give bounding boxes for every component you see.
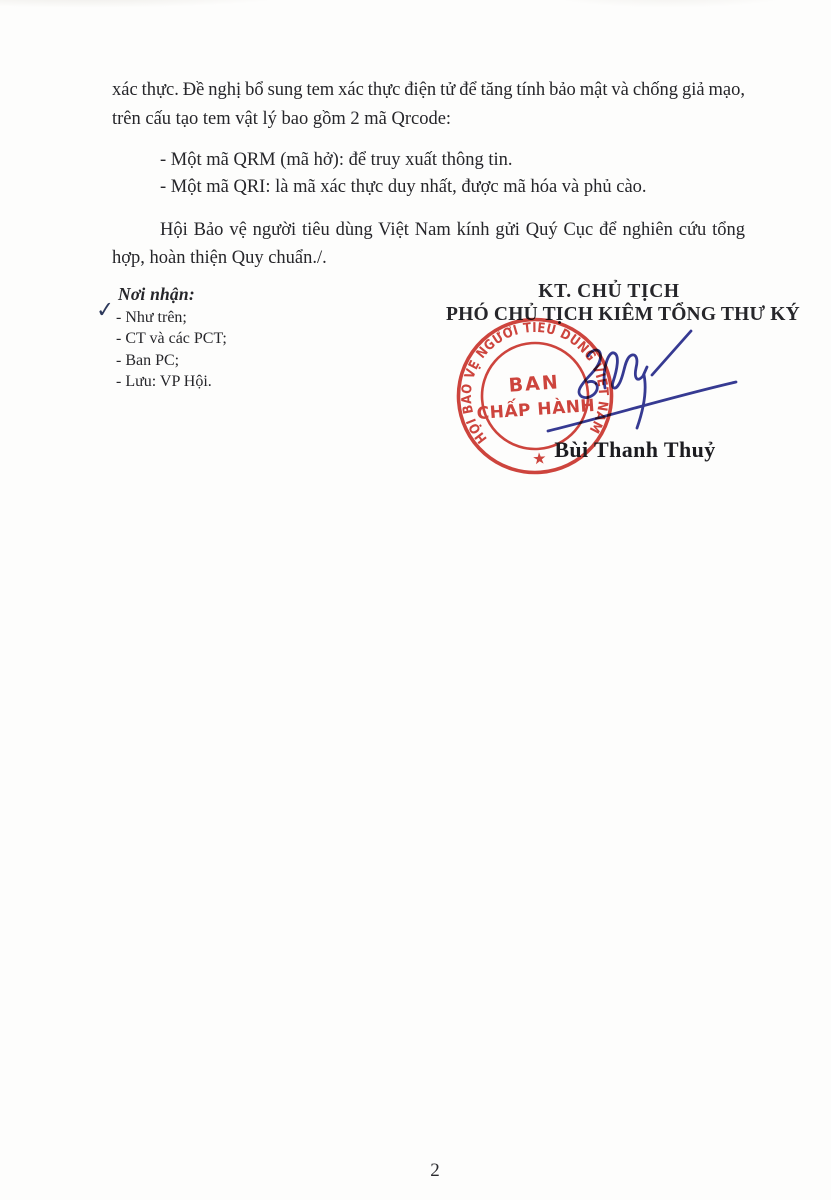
- recipient-item: - CT và các PCT;: [116, 328, 227, 349]
- recipients-heading: Nơi nhận:: [118, 284, 227, 305]
- bullet-qrm: - Một mã QRM (mã hở): để truy xuất thông…: [112, 147, 745, 174]
- recipients-list: - Như trên; - CT và các PCT; - Ban PC; -…: [116, 307, 227, 392]
- paragraph-closing: Hội Bảo vệ người tiêu dùng Việt Nam kính…: [112, 216, 745, 272]
- handwritten-checkmark: ✓: [95, 297, 115, 323]
- scan-smudge-left: [0, 0, 300, 8]
- qrcode-bullet-list: - Một mã QRM (mã hở): để truy xuất thông…: [112, 147, 745, 201]
- paragraph-closing-line1: Hội Bảo vệ người tiêu dùng Việt Nam kính…: [112, 216, 745, 244]
- bullet-qri: - Một mã QRI: là mã xác thực duy nhất, đ…: [112, 174, 745, 201]
- signature-stroke-descender: [637, 375, 645, 428]
- signer-name: Bùi Thanh Thuỷ: [530, 437, 740, 463]
- signature-stroke-flourish: [652, 331, 691, 375]
- recipient-item: - Ban PC;: [116, 350, 227, 371]
- body-text: xác thực. Đề nghị bổ sung tem xác thực đ…: [112, 76, 745, 272]
- signer-position-title: KT. CHỦ TỊCH: [446, 281, 772, 303]
- recipient-item: - Lưu: VP Hội.: [116, 371, 227, 392]
- signature-stroke-underline: [548, 382, 736, 431]
- paragraph-authentication-line2: trên cấu tạo tem vật lý bao gồm 2 mã Qrc…: [112, 105, 745, 134]
- document-page: xác thực. Đề nghị bổ sung tem xác thực đ…: [0, 0, 831, 1200]
- paragraph-authentication-line1: xác thực. Đề nghị bổ sung tem xác thực đ…: [112, 76, 745, 105]
- signature-ink: [525, 320, 740, 445]
- scan-smudge-right: [540, 0, 800, 8]
- page-number: 2: [385, 1160, 485, 1182]
- recipient-item: - Như trên;: [116, 307, 227, 328]
- signature-stroke-loops: [604, 353, 647, 388]
- recipients-block: ✓ Nơi nhận: - Như trên; - CT và các PCT;…: [118, 284, 227, 392]
- signature-stroke-b-loop: [579, 350, 601, 398]
- paragraph-closing-line2: hợp, hoàn thiện Quy chuẩn./.: [112, 244, 745, 272]
